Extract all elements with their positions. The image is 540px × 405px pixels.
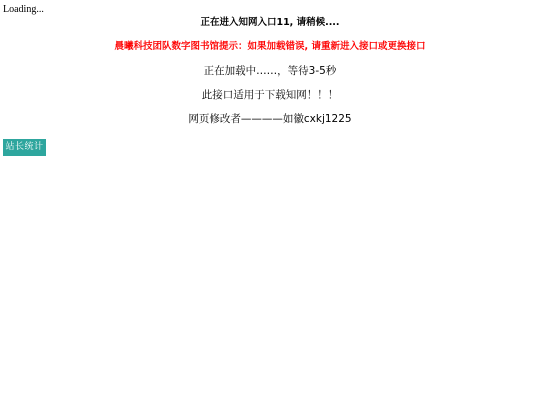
notice-block: 正在进入知网入口11, 请稍候.... 晨曦科技团队数字图书馆提示：如果加载错误… xyxy=(0,11,540,131)
loading-wait-notice: 正在加载中……，等待3-5秒 xyxy=(0,59,540,83)
usage-notice: 此接口适用于下载知网！！！ xyxy=(0,83,540,107)
entering-cnki-notice: 正在进入知网入口11, 请稍候.... xyxy=(0,11,540,35)
site-stats-badge[interactable]: 站长统计 xyxy=(3,139,46,156)
modifier-contact-notice: 网页修改者————如徽cxkj1225 xyxy=(0,107,540,131)
team-tip-notice: 晨曦科技团队数字图书馆提示：如果加载错误, 请重新进入接口或更换接口 xyxy=(0,35,540,59)
